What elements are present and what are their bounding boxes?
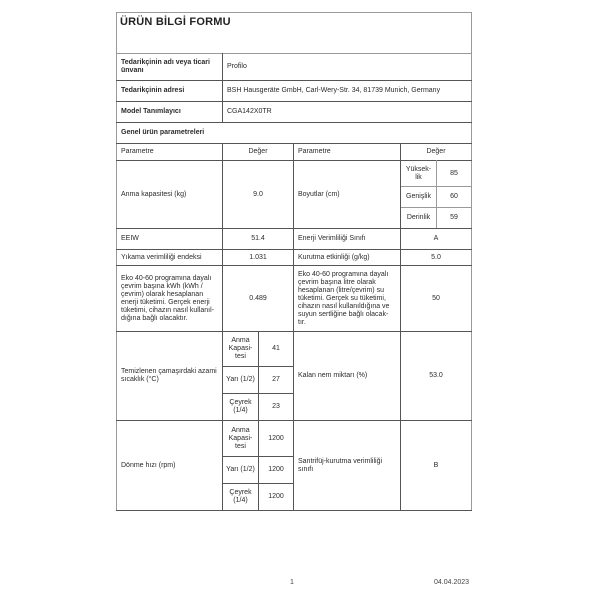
energy-class-value: A bbox=[401, 229, 471, 249]
capacity-value: 9.0 bbox=[223, 161, 293, 228]
table-border-right bbox=[471, 12, 472, 510]
header-param-right: Parametre bbox=[294, 144, 400, 160]
page-number: 1 bbox=[290, 579, 294, 586]
spin-class-value: B bbox=[401, 421, 471, 510]
eeiw-value: 51.4 bbox=[223, 229, 293, 249]
document-title: ÜRÜN BİLGİ FORMU bbox=[120, 16, 231, 28]
table-border-top bbox=[116, 12, 472, 13]
remaining-moisture-value: 53.0 bbox=[401, 332, 471, 420]
water-consumption-label: Eko 40-60 programına dayalı çevrim başın… bbox=[294, 266, 400, 331]
washing-index-value: 1.031 bbox=[223, 250, 293, 265]
dimension-depth-value: 59 bbox=[437, 208, 471, 228]
temp-rated-label: Anma Kapasi-tesi bbox=[223, 332, 258, 366]
dimension-width-value: 60 bbox=[437, 187, 471, 207]
energy-consumption-value: 0.489 bbox=[223, 266, 293, 331]
supplier-name-label: Tedarikçinin adı veya ticari ünvanı bbox=[117, 54, 222, 80]
model-value: CGA142X0TR bbox=[223, 102, 471, 122]
spin-speed-label: Dönme hızı (rpm) bbox=[117, 421, 222, 510]
dimension-width-label: Genişlik bbox=[401, 187, 436, 207]
spin-half-label: Yarı (1/2) bbox=[223, 457, 258, 483]
energy-class-label: Enerji Verimliliği Sınıfı bbox=[294, 229, 400, 249]
remaining-moisture-label: Kalan nem miktarı (%) bbox=[294, 332, 400, 420]
dimension-depth-label: Derinlik bbox=[401, 208, 436, 228]
temp-rated-value: 41 bbox=[259, 332, 293, 366]
document-date: 04.04.2023 bbox=[434, 579, 469, 586]
temp-half-value: 27 bbox=[259, 367, 293, 393]
header-value-left: Değer bbox=[223, 144, 293, 160]
spin-rated-value: 1200 bbox=[259, 421, 293, 456]
capacity-label: Anma kapasitesi (kg) bbox=[117, 161, 222, 228]
washing-index-label: Yıkama verimliliği endeksi bbox=[117, 250, 222, 265]
section-title: Genel ürün parametreleri bbox=[117, 123, 471, 143]
spin-rated-label: Anma Kapasi-tesi bbox=[223, 421, 258, 456]
drying-efficiency-value: 5.0 bbox=[401, 250, 471, 265]
drying-efficiency-label: Kurutma etkinliği (g/kg) bbox=[294, 250, 400, 265]
supplier-address-value: BSH Hausgeräte GmbH, Carl-Wery-Str. 34, … bbox=[223, 81, 471, 101]
supplier-address-label: Tedarikçinin adresi bbox=[117, 81, 222, 101]
temp-quarter-label: Çeyrek (1/4) bbox=[223, 394, 258, 420]
temp-quarter-value: 23 bbox=[259, 394, 293, 420]
header-value-right: Değer bbox=[401, 144, 471, 160]
water-consumption-value: 50 bbox=[401, 266, 471, 331]
max-temperature-label: Temizlenen çamaşırdaki azami sıcaklık (°… bbox=[117, 332, 222, 420]
spin-quarter-label: Çeyrek (1/4) bbox=[223, 484, 258, 510]
eeiw-label: EEIW bbox=[117, 229, 222, 249]
model-label: Model Tanımlayıcı bbox=[117, 102, 222, 122]
temp-half-label: Yarı (1/2) bbox=[223, 367, 258, 393]
dimension-height-value: 85 bbox=[437, 161, 471, 186]
spin-quarter-value: 1200 bbox=[259, 484, 293, 510]
energy-consumption-label: Eko 40-60 programına dayalı çevrim başın… bbox=[117, 266, 222, 331]
spin-half-value: 1200 bbox=[259, 457, 293, 483]
dimensions-label: Boyutlar (cm) bbox=[294, 161, 400, 228]
spin-class-label: Santrifüj-kurutma verimliliği sınıfı bbox=[294, 421, 400, 510]
divider bbox=[116, 510, 472, 511]
supplier-name-value: Profilo bbox=[223, 54, 471, 80]
dimension-height-label: Yüksek-lik bbox=[401, 161, 436, 186]
product-info-sheet: ÜRÜN BİLGİ FORMU Tedarikçinin adı veya t… bbox=[0, 0, 592, 592]
header-param-left: Parametre bbox=[117, 144, 222, 160]
